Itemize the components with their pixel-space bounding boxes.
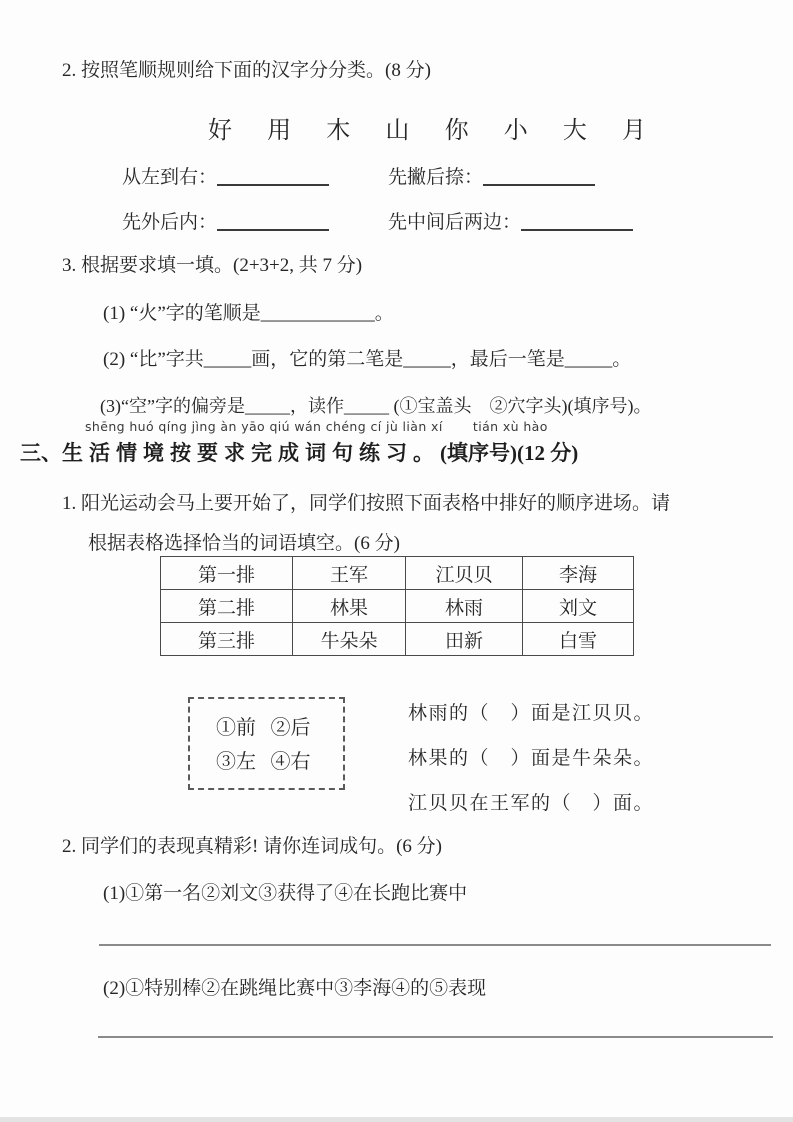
q2-char-shan: 山 — [385, 110, 409, 145]
san-q2-item-2: (2)①特别棒②在跳绳比赛中③李海④的⑤表现 — [103, 973, 486, 1000]
cell-row2-seat3: 刘文 — [523, 590, 634, 623]
section-san-number: 三、 — [20, 441, 62, 465]
q2-char-da: 大 — [563, 110, 587, 145]
cell-row3-seat2: 田新 — [406, 623, 523, 656]
q2-blank-line-2 — [483, 169, 595, 186]
table-row: 第三排 牛朵朵 田新 白雪 — [161, 623, 634, 656]
q2-blank-line-4 — [521, 214, 633, 231]
cell-row1-seat3: 李海 — [523, 557, 634, 590]
cell-row1-seat2: 江贝贝 — [406, 557, 523, 590]
option-right: ④右 — [271, 745, 311, 774]
q3-title: 3. 根据要求填一填。(2+3+2, 共 7 分) — [62, 250, 362, 277]
seating-table: 第一排 王军 江贝贝 李海 第二排 林果 林雨 刘文 第三排 牛朵朵 田新 白雪 — [160, 556, 634, 656]
san-q1-line2: 根据表格选择恰当的词语填空。(6 分) — [88, 528, 400, 555]
table-row: 第二排 林果 林雨 刘文 — [161, 590, 634, 623]
q2-char-xiao: 小 — [504, 110, 528, 145]
q2-blank-left-to-right: 从左到右： — [122, 162, 329, 189]
q2-char-ni: 你 — [445, 110, 469, 145]
cell-row1-seat1: 王军 — [293, 557, 406, 590]
cell-row3-seat3: 白雪 — [523, 623, 634, 656]
q2-blank-line-1 — [217, 169, 329, 186]
cell-row2-seat1: 林果 — [293, 590, 406, 623]
table-row: 第一排 王军 江贝贝 李海 — [161, 557, 634, 590]
options-box: ①前 ②后 ③左 ④右 — [188, 697, 345, 790]
q2-blank-middle-sides: 先中间后两边： — [388, 207, 633, 234]
q2-blank-outside-inside: 先外后内： — [122, 207, 329, 234]
position-question-1: 林雨的（ ）面是江贝贝。 — [408, 698, 654, 725]
q2-char-mu: 木 — [326, 110, 350, 145]
san-q2-title: 2. 同学们的表现真精彩! 请你连词成句。(6 分) — [62, 831, 442, 858]
option-left: ③左 — [216, 745, 256, 774]
q2-char-hao: 好 — [208, 110, 232, 145]
cell-row2-label: 第二排 — [161, 590, 293, 623]
q2-title: 2. 按照笔顺规则给下面的汉字分分类。(8 分) — [62, 55, 431, 82]
q3-item-2: (2) “比”字共_____画，它的第二笔是_____，最后一笔是_____。 — [103, 344, 631, 371]
q3-item-1: (1) “火”字的笔顺是____________。 — [103, 298, 394, 325]
san-q1-line1: 1. 阳光运动会马上要开始了，同学们按照下面表格中排好的顺序进场。请 — [62, 488, 670, 515]
q2-blank-label-2: 先撇后捺： — [388, 167, 483, 188]
worksheet-page: 2. 按照笔顺规则给下面的汉字分分类。(8 分) 好 用 木 山 你 小 大 月… — [0, 0, 793, 1122]
section-san-title: 生活情境按要求完成词句练习。 — [62, 441, 440, 465]
q3-item-3: (3)“空”字的偏旁是_____，读作_____ (①宝盖头 ②穴字头)(填序号… — [100, 392, 651, 418]
option-front: ①前 — [216, 711, 256, 740]
q2-character-row: 好 用 木 山 你 小 大 月 — [208, 110, 646, 145]
q2-blank-pie-na: 先撇后捺： — [388, 162, 595, 189]
cell-row1-label: 第一排 — [161, 557, 293, 590]
cell-row3-seat1: 牛朵朵 — [293, 623, 406, 656]
q2-char-yue: 月 — [622, 110, 646, 145]
answer-line-2 — [98, 1036, 773, 1038]
cell-row2-seat2: 林雨 — [406, 590, 523, 623]
san-q2-item-1: (1)①第一名②刘文③获得了④在长跑比赛中 — [103, 878, 467, 905]
answer-line-1 — [99, 944, 771, 946]
position-question-2: 林果的（ ）面是牛朵朵。 — [408, 743, 654, 770]
q2-char-yong: 用 — [267, 110, 291, 145]
position-question-3: 江贝贝在王军的（ ）面。 — [408, 788, 654, 815]
q2-blank-label-4: 先中间后两边： — [388, 212, 521, 233]
q2-blank-label-1: 从左到右： — [122, 167, 217, 188]
option-back: ②后 — [271, 711, 311, 740]
q2-blank-line-3 — [217, 214, 329, 231]
section-san-suffix: (填序号)(12 分) — [440, 441, 578, 465]
q2-blank-label-3: 先外后内： — [122, 212, 217, 233]
section-san-pinyin: shēng huó qíng jìng àn yāo qiú wán chéng… — [85, 417, 548, 435]
cell-row3-label: 第三排 — [161, 623, 293, 656]
section-san-heading: 三、生活情境按要求完成词句练习。(填序号)(12 分) — [20, 437, 578, 467]
page-bottom-edge — [0, 1117, 793, 1122]
